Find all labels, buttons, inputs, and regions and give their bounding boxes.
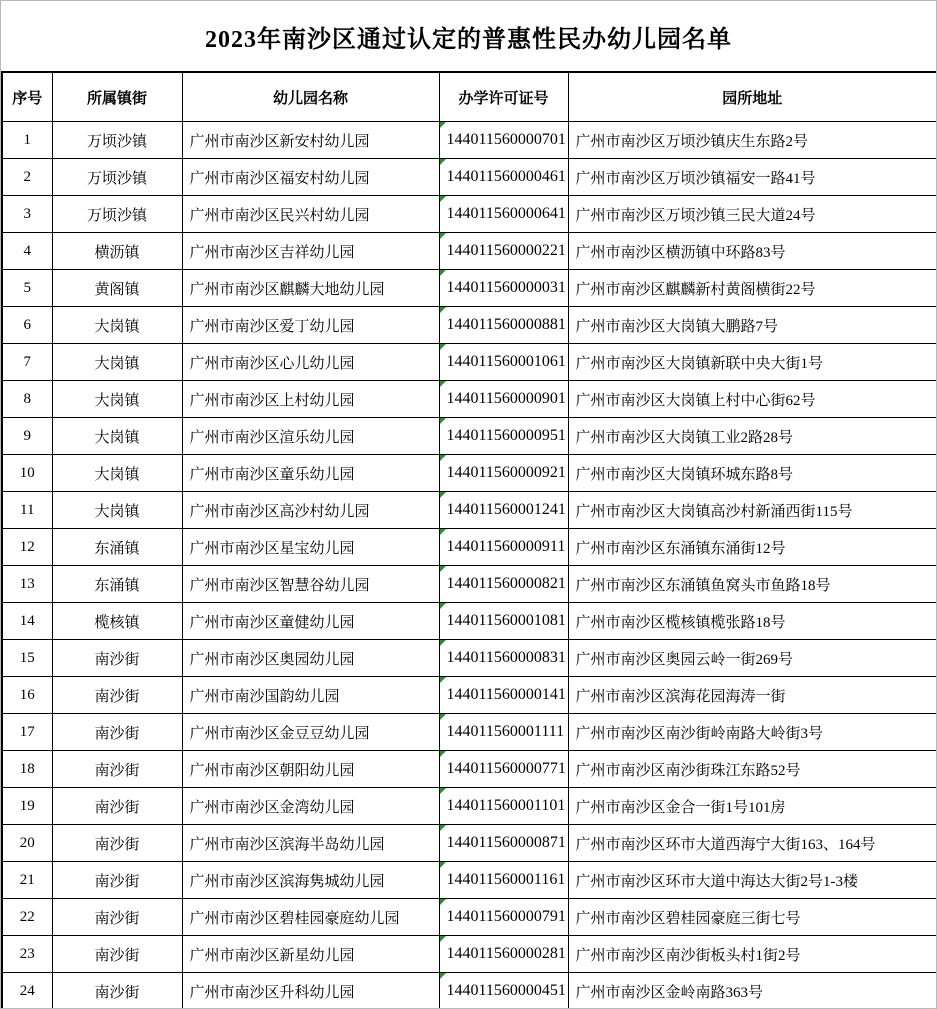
license-number: 144011560001101 (447, 797, 566, 814)
cell-name: 广州市南沙区高沙村幼儿园 (182, 492, 439, 529)
cell-name: 广州市南沙区新安村幼儿园 (182, 122, 439, 159)
cell-address: 广州市南沙区碧桂园豪庭三街七号 (568, 899, 937, 936)
cell-name: 广州市南沙区金湾幼儿园 (182, 788, 439, 825)
cell-town: 南沙街 (52, 751, 182, 788)
cell-license: 144011560000951 (439, 418, 568, 455)
error-indicator-icon (440, 233, 446, 239)
cell-index: 5 (2, 270, 52, 307)
cell-town: 大岗镇 (52, 381, 182, 418)
cell-index: 3 (2, 196, 52, 233)
cell-index: 13 (2, 566, 52, 603)
table-row: 4 横沥镇 广州市南沙区吉祥幼儿园 144011560000221 广州市南沙区… (2, 233, 937, 270)
cell-address: 广州市南沙区大岗镇高沙村新涌西街115号 (568, 492, 937, 529)
license-number: 144011560000771 (447, 760, 566, 777)
license-number: 144011560001081 (447, 612, 566, 629)
table-row: 2 万顷沙镇 广州市南沙区福安村幼儿园 144011560000461 广州市南… (2, 159, 937, 196)
cell-license: 144011560000791 (439, 899, 568, 936)
error-indicator-icon (440, 899, 446, 905)
license-number: 144011560000221 (447, 242, 566, 259)
table-row: 6 大岗镇 广州市南沙区爱丁幼儿园 144011560000881 广州市南沙区… (2, 307, 937, 344)
cell-address: 广州市南沙区南沙街板头村1街2号 (568, 936, 937, 973)
license-number: 144011560000911 (447, 538, 566, 555)
col-header-index: 序号 (2, 72, 52, 122)
license-number: 144011560000451 (447, 982, 566, 999)
cell-town: 南沙街 (52, 677, 182, 714)
cell-license: 144011560000871 (439, 825, 568, 862)
license-number: 144011560000031 (447, 279, 566, 296)
license-number: 144011560000641 (447, 205, 566, 222)
cell-license: 144011560001241 (439, 492, 568, 529)
cell-address: 广州市南沙区奥园云岭一街269号 (568, 640, 937, 677)
cell-index: 22 (2, 899, 52, 936)
cell-name: 广州市南沙区爱丁幼儿园 (182, 307, 439, 344)
cell-name: 广州市南沙区碧桂园豪庭幼儿园 (182, 899, 439, 936)
table-row: 18 南沙街 广州市南沙区朝阳幼儿园 144011560000771 广州市南沙… (2, 751, 937, 788)
cell-address: 广州市南沙区万顷沙镇三民大道24号 (568, 196, 937, 233)
cell-address: 广州市南沙区滨海花园海涛一街 (568, 677, 937, 714)
cell-town: 横沥镇 (52, 233, 182, 270)
cell-name: 广州市南沙区朝阳幼儿园 (182, 751, 439, 788)
cell-name: 广州市南沙区智慧谷幼儿园 (182, 566, 439, 603)
error-indicator-icon (440, 307, 446, 313)
cell-town: 大岗镇 (52, 455, 182, 492)
cell-index: 2 (2, 159, 52, 196)
error-indicator-icon (440, 159, 446, 165)
cell-index: 12 (2, 529, 52, 566)
cell-town: 榄核镇 (52, 603, 182, 640)
license-number: 144011560000141 (447, 686, 566, 703)
table-row: 21 南沙街 广州市南沙区滨海隽城幼儿园 144011560001161 广州市… (2, 862, 937, 899)
cell-index: 23 (2, 936, 52, 973)
col-header-license: 办学许可证号 (439, 72, 568, 122)
cell-name: 广州市南沙区滨海隽城幼儿园 (182, 862, 439, 899)
cell-town: 大岗镇 (52, 307, 182, 344)
error-indicator-icon (440, 122, 446, 128)
cell-name: 广州市南沙区童健幼儿园 (182, 603, 439, 640)
error-indicator-icon (440, 936, 446, 942)
cell-license: 144011560000281 (439, 936, 568, 973)
cell-index: 18 (2, 751, 52, 788)
cell-index: 19 (2, 788, 52, 825)
cell-address: 广州市南沙区金合一街1号101房 (568, 788, 937, 825)
cell-address: 广州市南沙区万顷沙镇福安一路41号 (568, 159, 937, 196)
cell-index: 20 (2, 825, 52, 862)
cell-index: 21 (2, 862, 52, 899)
cell-index: 9 (2, 418, 52, 455)
cell-address: 广州市南沙区横沥镇中环路83号 (568, 233, 937, 270)
cell-town: 东涌镇 (52, 566, 182, 603)
license-number: 144011560000901 (447, 390, 566, 407)
cell-name: 广州市南沙区吉祥幼儿园 (182, 233, 439, 270)
license-number: 144011560000951 (447, 427, 566, 444)
cell-address: 广州市南沙区大岗镇新联中央大街1号 (568, 344, 937, 381)
cell-license: 144011560001081 (439, 603, 568, 640)
cell-license: 144011560001101 (439, 788, 568, 825)
error-indicator-icon (440, 677, 446, 683)
cell-license: 144011560000881 (439, 307, 568, 344)
cell-license: 144011560000031 (439, 270, 568, 307)
cell-address: 广州市南沙区金岭南路363号 (568, 973, 937, 1009)
col-header-address: 园所地址 (568, 72, 937, 122)
cell-name: 广州市南沙区福安村幼儿园 (182, 159, 439, 196)
cell-town: 南沙街 (52, 862, 182, 899)
cell-address: 广州市南沙区万顷沙镇庆生东路2号 (568, 122, 937, 159)
cell-index: 17 (2, 714, 52, 751)
col-header-name: 幼儿园名称 (182, 72, 439, 122)
cell-index: 7 (2, 344, 52, 381)
table-row: 16 南沙街 广州市南沙国韵幼儿园 144011560000141 广州市南沙区… (2, 677, 937, 714)
cell-name: 广州市南沙区渲乐幼儿园 (182, 418, 439, 455)
cell-index: 10 (2, 455, 52, 492)
table-row: 20 南沙街 广州市南沙区滨海半岛幼儿园 144011560000871 广州市… (2, 825, 937, 862)
table-row: 12 东涌镇 广州市南沙区星宝幼儿园 144011560000911 广州市南沙… (2, 529, 937, 566)
license-number: 144011560001161 (447, 871, 566, 888)
cell-name: 广州市南沙区奥园幼儿园 (182, 640, 439, 677)
cell-address: 广州市南沙区东涌镇东涌街12号 (568, 529, 937, 566)
cell-name: 广州市南沙区民兴村幼儿园 (182, 196, 439, 233)
table-row: 3 万顷沙镇 广州市南沙区民兴村幼儿园 144011560000641 广州市南… (2, 196, 937, 233)
table-row: 17 南沙街 广州市南沙区金豆豆幼儿园 144011560001111 广州市南… (2, 714, 937, 751)
cell-name: 广州市南沙区童乐幼儿园 (182, 455, 439, 492)
cell-index: 16 (2, 677, 52, 714)
error-indicator-icon (440, 566, 446, 572)
license-number: 144011560000831 (447, 649, 566, 666)
cell-name: 广州市南沙区升科幼儿园 (182, 973, 439, 1009)
license-number: 144011560000791 (447, 908, 566, 925)
table-row: 22 南沙街 广州市南沙区碧桂园豪庭幼儿园 144011560000791 广州… (2, 899, 937, 936)
license-number: 144011560000871 (447, 834, 566, 851)
table-row: 24 南沙街 广州市南沙区升科幼儿园 144011560000451 广州市南沙… (2, 973, 937, 1009)
error-indicator-icon (440, 640, 446, 646)
table-row: 23 南沙街 广州市南沙区新星幼儿园 144011560000281 广州市南沙… (2, 936, 937, 973)
table-row: 15 南沙街 广州市南沙区奥园幼儿园 144011560000831 广州市南沙… (2, 640, 937, 677)
error-indicator-icon (440, 751, 446, 757)
license-number: 144011560000701 (447, 131, 566, 148)
cell-town: 南沙街 (52, 936, 182, 973)
table-row: 8 大岗镇 广州市南沙区上村幼儿园 144011560000901 广州市南沙区… (2, 381, 937, 418)
table-row: 19 南沙街 广州市南沙区金湾幼儿园 144011560001101 广州市南沙… (2, 788, 937, 825)
cell-license: 144011560000461 (439, 159, 568, 196)
cell-town: 南沙街 (52, 714, 182, 751)
table-row: 14 榄核镇 广州市南沙区童健幼儿园 144011560001081 广州市南沙… (2, 603, 937, 640)
cell-town: 大岗镇 (52, 492, 182, 529)
cell-name: 广州市南沙国韵幼儿园 (182, 677, 439, 714)
cell-town: 南沙街 (52, 788, 182, 825)
table-row: 10 大岗镇 广州市南沙区童乐幼儿园 144011560000921 广州市南沙… (2, 455, 937, 492)
cell-license: 144011560000911 (439, 529, 568, 566)
cell-name: 广州市南沙区新星幼儿园 (182, 936, 439, 973)
license-number: 144011560001241 (447, 501, 566, 518)
error-indicator-icon (440, 788, 446, 794)
error-indicator-icon (440, 603, 446, 609)
error-indicator-icon (440, 196, 446, 202)
error-indicator-icon (440, 270, 446, 276)
cell-license: 144011560000831 (439, 640, 568, 677)
cell-license: 144011560000141 (439, 677, 568, 714)
cell-license: 144011560000771 (439, 751, 568, 788)
cell-license: 144011560001161 (439, 862, 568, 899)
cell-index: 6 (2, 307, 52, 344)
cell-town: 万顷沙镇 (52, 122, 182, 159)
license-number: 144011560000281 (447, 945, 566, 962)
cell-address: 广州市南沙区榄核镇榄张路18号 (568, 603, 937, 640)
cell-address: 广州市南沙区麒麟新村黄阁横街22号 (568, 270, 937, 307)
error-indicator-icon (440, 344, 446, 350)
cell-license: 144011560000701 (439, 122, 568, 159)
license-number: 144011560000461 (447, 168, 566, 185)
error-indicator-icon (440, 862, 446, 868)
cell-index: 1 (2, 122, 52, 159)
cell-license: 144011560000451 (439, 973, 568, 1009)
cell-address: 广州市南沙区南沙街岭南路大岭街3号 (568, 714, 937, 751)
cell-town: 南沙街 (52, 825, 182, 862)
kindergarten-table: 序号 所属镇街 幼儿园名称 办学许可证号 园所地址 1 万顷沙镇 广州市南沙区新… (1, 71, 937, 1009)
license-number: 144011560001061 (447, 353, 566, 370)
cell-address: 广州市南沙区大岗镇工业2路28号 (568, 418, 937, 455)
error-indicator-icon (440, 492, 446, 498)
cell-name: 广州市南沙区金豆豆幼儿园 (182, 714, 439, 751)
cell-town: 大岗镇 (52, 418, 182, 455)
error-indicator-icon (440, 455, 446, 461)
table-row: 5 黄阁镇 广州市南沙区麒麟大地幼儿园 144011560000031 广州市南… (2, 270, 937, 307)
page-title: 2023年南沙区通过认定的普惠性民办幼儿园名单 (1, 1, 936, 71)
error-indicator-icon (440, 418, 446, 424)
cell-license: 144011560000921 (439, 455, 568, 492)
cell-town: 南沙街 (52, 973, 182, 1009)
error-indicator-icon (440, 714, 446, 720)
cell-license: 144011560000901 (439, 381, 568, 418)
table-row: 9 大岗镇 广州市南沙区渲乐幼儿园 144011560000951 广州市南沙区… (2, 418, 937, 455)
cell-address: 广州市南沙区东涌镇鱼窝头市鱼路18号 (568, 566, 937, 603)
table-row: 1 万顷沙镇 广州市南沙区新安村幼儿园 144011560000701 广州市南… (2, 122, 937, 159)
cell-name: 广州市南沙区心儿幼儿园 (182, 344, 439, 381)
cell-index: 14 (2, 603, 52, 640)
error-indicator-icon (440, 381, 446, 387)
cell-index: 24 (2, 973, 52, 1009)
cell-license: 144011560001061 (439, 344, 568, 381)
license-number: 144011560001111 (447, 723, 565, 740)
cell-town: 大岗镇 (52, 344, 182, 381)
cell-town: 万顷沙镇 (52, 159, 182, 196)
cell-town: 万顷沙镇 (52, 196, 182, 233)
error-indicator-icon (440, 825, 446, 831)
cell-address: 广州市南沙区南沙街珠江东路52号 (568, 751, 937, 788)
cell-license: 144011560000821 (439, 566, 568, 603)
cell-town: 黄阁镇 (52, 270, 182, 307)
cell-index: 8 (2, 381, 52, 418)
cell-address: 广州市南沙区大岗镇环城东路8号 (568, 455, 937, 492)
cell-name: 广州市南沙区麒麟大地幼儿园 (182, 270, 439, 307)
document-page: 2023年南沙区通过认定的普惠性民办幼儿园名单 序号 所属镇街 幼儿园名称 办学… (0, 0, 937, 1009)
table-row: 7 大岗镇 广州市南沙区心儿幼儿园 144011560001061 广州市南沙区… (2, 344, 937, 381)
cell-index: 15 (2, 640, 52, 677)
error-indicator-icon (440, 973, 446, 979)
cell-index: 11 (2, 492, 52, 529)
cell-license: 144011560000641 (439, 196, 568, 233)
cell-index: 4 (2, 233, 52, 270)
table-row: 11 大岗镇 广州市南沙区高沙村幼儿园 144011560001241 广州市南… (2, 492, 937, 529)
cell-name: 广州市南沙区星宝幼儿园 (182, 529, 439, 566)
cell-name: 广州市南沙区滨海半岛幼儿园 (182, 825, 439, 862)
cell-address: 广州市南沙区环市大道中海达大街2号1-3楼 (568, 862, 937, 899)
cell-address: 广州市南沙区大岗镇上村中心街62号 (568, 381, 937, 418)
cell-town: 南沙街 (52, 899, 182, 936)
col-header-town: 所属镇街 (52, 72, 182, 122)
cell-license: 144011560000221 (439, 233, 568, 270)
cell-address: 广州市南沙区环市大道西海宁大街163、164号 (568, 825, 937, 862)
cell-address: 广州市南沙区大岗镇大鹏路7号 (568, 307, 937, 344)
license-number: 144011560000921 (447, 464, 566, 481)
error-indicator-icon (440, 529, 446, 535)
cell-town: 南沙街 (52, 640, 182, 677)
cell-town: 东涌镇 (52, 529, 182, 566)
cell-license: 144011560001111 (439, 714, 568, 751)
cell-name: 广州市南沙区上村幼儿园 (182, 381, 439, 418)
license-number: 144011560000881 (447, 316, 566, 333)
header-row: 序号 所属镇街 幼儿园名称 办学许可证号 园所地址 (2, 72, 937, 122)
license-number: 144011560000821 (447, 575, 566, 592)
table-row: 13 东涌镇 广州市南沙区智慧谷幼儿园 144011560000821 广州市南… (2, 566, 937, 603)
